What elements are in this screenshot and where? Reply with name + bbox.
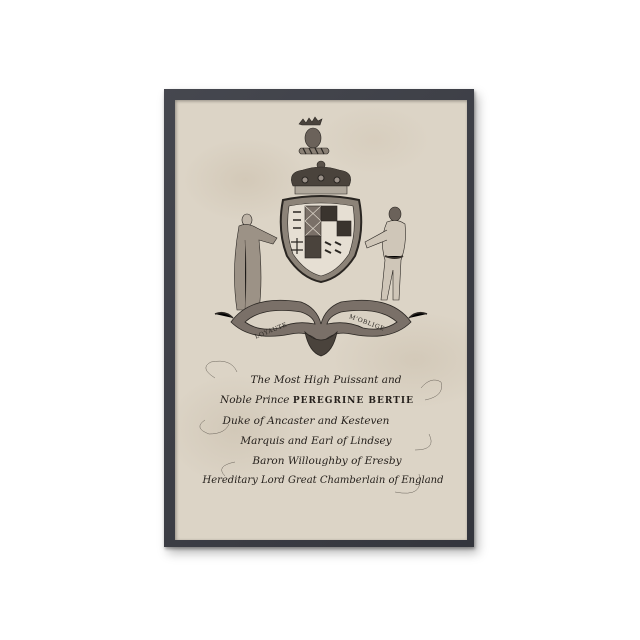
crest-icon xyxy=(299,117,329,154)
inscription-prefix: Noble Prince xyxy=(220,394,289,406)
savage-supporter-icon xyxy=(365,207,406,300)
inscription-line-4: Marquis and Earl of Lindsey xyxy=(175,431,467,451)
inscription-line-3: Duke of Ancaster and Kesteven xyxy=(175,411,467,431)
inscription-name: PEREGRINE BERTIE xyxy=(293,396,414,406)
engraving-paper: LOYAUTE M'OBLIGE The Most High Puissant … xyxy=(175,100,467,540)
shield-icon xyxy=(281,196,362,282)
friar-supporter-icon xyxy=(234,214,277,310)
inscription-line-1: The Most High Puissant and xyxy=(185,370,467,390)
inscription-line-6: Hereditary Lord Great Chamberlain of Eng… xyxy=(179,471,467,491)
scrollwork-icon xyxy=(215,300,427,356)
inscription-line-2: Noble Prince PEREGRINE BERTIE xyxy=(175,390,467,411)
inscription: The Most High Puissant and Noble Prince … xyxy=(175,370,467,491)
picture-frame: LOYAUTE M'OBLIGE The Most High Puissant … xyxy=(164,89,474,547)
inscription-line-5: Baron Willoughby of Eresby xyxy=(187,451,467,471)
coronet-icon xyxy=(291,161,350,194)
